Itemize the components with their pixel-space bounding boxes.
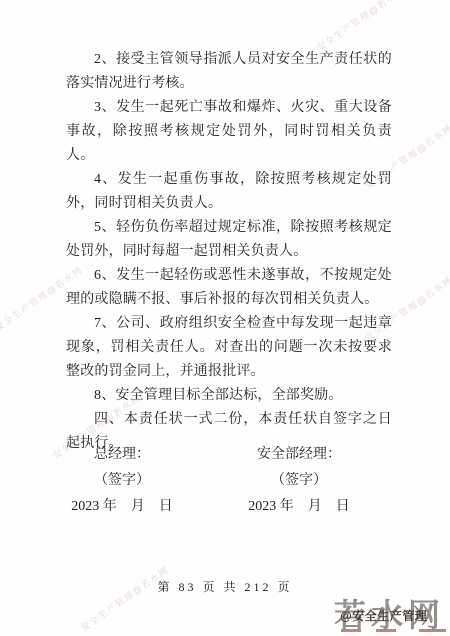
signature-sign-label: （签字）: [236, 468, 362, 494]
clause-item: 4、发生一起重伤事故，除按照考核规定处罚外，同时罚相关负责人。: [66, 168, 392, 216]
signature-role-label: 安全部经理：: [236, 442, 362, 468]
document-body: 2、接受主管领导指派人员对安全生产责任状的落实情况进行考核。 3、发生一起死亡事…: [66, 48, 392, 456]
site-logo: 若水网 @安全生产管理: [334, 590, 450, 636]
signature-sign-label: （签字）: [62, 468, 182, 494]
document-page: 安全生产管理@若水网 安全生产管理@若水网 安全生产管理@若水网 安全生产管理@…: [0, 0, 450, 636]
clause-item: 5、轻伤负伤率超过规定标准，除按照考核规定处罚外，同时每超一起罚相关负责人。: [66, 216, 392, 264]
signature-block-safety-manager: 安全部经理： （签字） 2023 年 月 日: [236, 442, 362, 520]
logo-underline: [341, 629, 361, 632]
signature-role-label: 总经理：: [62, 442, 182, 468]
signature-date-line: 2023 年 月 日: [236, 494, 362, 520]
signature-date-line: 2023 年 月 日: [62, 494, 182, 520]
logo-underline: [376, 629, 396, 632]
clause-item: 2、接受主管领导指派人员对安全生产责任状的落实情况进行考核。: [66, 48, 392, 96]
clause-item: 6、发生一起轻伤或恶性未遂事故，不按规定处理的或隐瞒不报、事后补报的每次罚相关负…: [66, 264, 392, 312]
clause-item: 8、安全管理目标全部达标，全部奖励。: [66, 384, 392, 408]
diagonal-watermark: 安全生产管理@若水网: [314, 0, 408, 54]
clause-item: 7、公司、政府组织安全检查中每发现一起违章现象，罚相关责任人。对查出的问题一次未…: [66, 312, 392, 384]
clause-item: 3、发生一起死亡事故和爆炸、火灾、重大设备事故，除按照考核规定处罚外，同时罚相关…: [66, 96, 392, 168]
site-logo-tagline: @安全生产管理: [340, 607, 427, 624]
logo-underline: [419, 629, 446, 632]
diagonal-watermark: 安全生产管理@若水网: [78, 563, 172, 634]
signature-block-general-manager: 总经理： （签字） 2023 年 月 日: [62, 442, 182, 520]
